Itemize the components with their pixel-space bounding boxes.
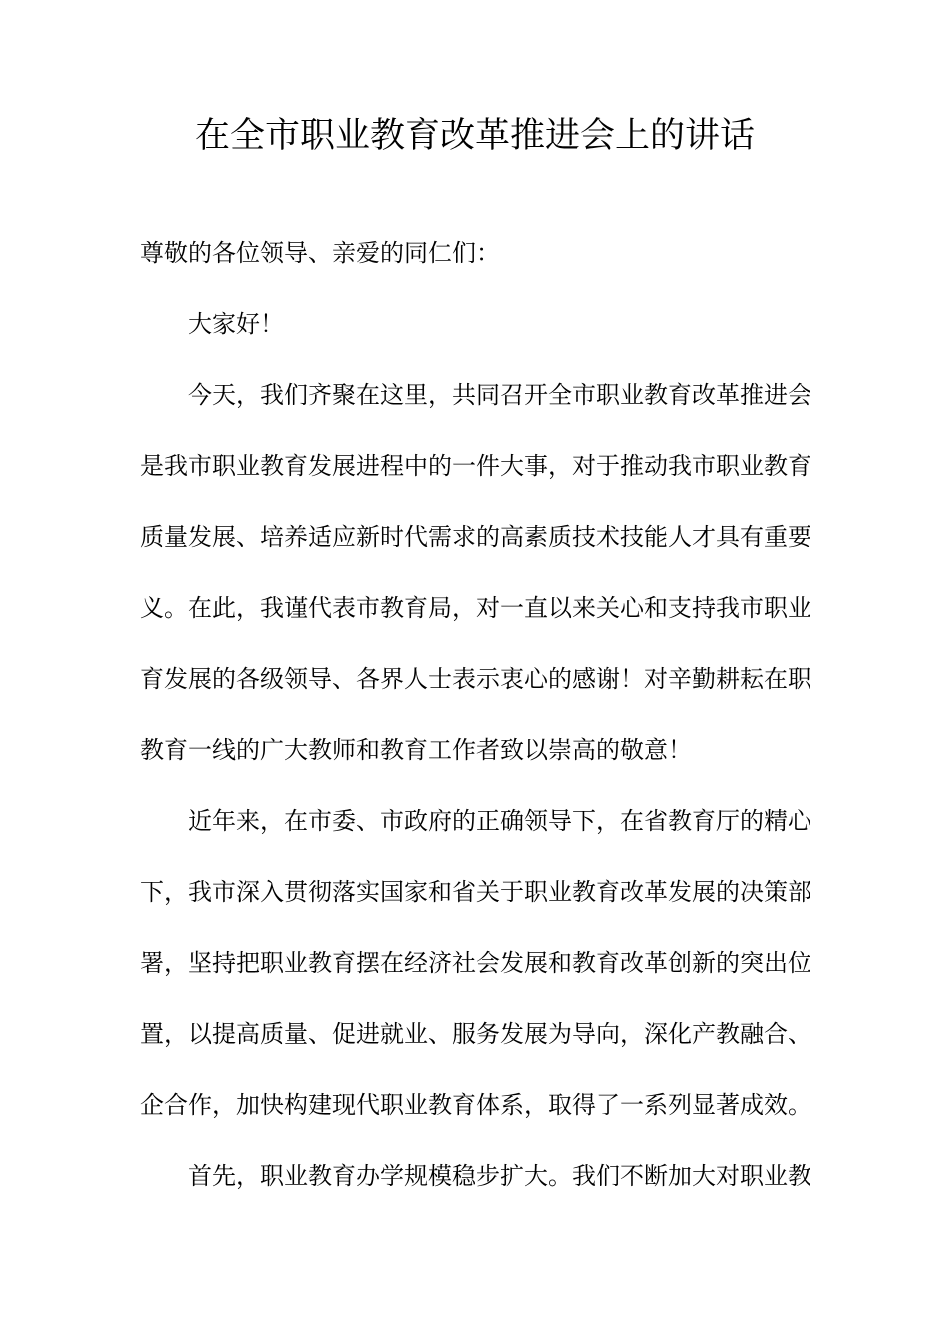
doc-line: 下，我市深入贯彻落实国家和省关于职业教育改革发展的决策部 [140,858,810,929]
doc-line: 置，以提高质量、促进就业、服务发展为导向，深化产教融合、校 [140,1000,810,1071]
doc-line: 首先，职业教育办学规模稳步扩大。我们不断加大对职业教育的 [140,1142,810,1213]
document-body: 尊敬的各位领导、亲爱的同仁们： 大家好！ 今天，我们齐聚在这里，共同召开全市职业… [0,161,950,1213]
doc-line: 企合作，加快构建现代职业教育体系，取得了一系列显著成效。 [140,1071,810,1142]
document-page: 在全市职业教育改革推进会上的讲话 尊敬的各位领导、亲爱的同仁们： 大家好！ 今天… [0,0,950,1344]
doc-line: 义。在此，我谨代表市教育局，对一直以来关心和支持我市职业教 [140,574,810,645]
doc-line-salutation: 尊敬的各位领导、亲爱的同仁们： [140,219,810,290]
doc-line-greeting: 大家好！ [140,290,810,361]
doc-line: 近年来，在市委、市政府的正确领导下，在省教育厅的精心指导 [140,787,810,858]
document-title: 在全市职业教育改革推进会上的讲话 [0,0,950,161]
doc-line: 育发展的各级领导、各界人士表示衷心的感谢！对辛勤耕耘在职业 [140,645,810,716]
doc-line: 今天，我们齐聚在这里，共同召开全市职业教育改革推进会，这 [140,361,810,432]
doc-line: 教育一线的广大教师和教育工作者致以崇高的敬意！ [140,716,810,787]
doc-line: 署，坚持把职业教育摆在经济社会发展和教育改革创新的突出位 [140,929,810,1000]
doc-line: 质量发展、培养适应新时代需求的高素质技术技能人才具有重要意 [140,503,810,574]
doc-line: 是我市职业教育发展进程中的一件大事，对于推动我市职业教育高 [140,432,810,503]
